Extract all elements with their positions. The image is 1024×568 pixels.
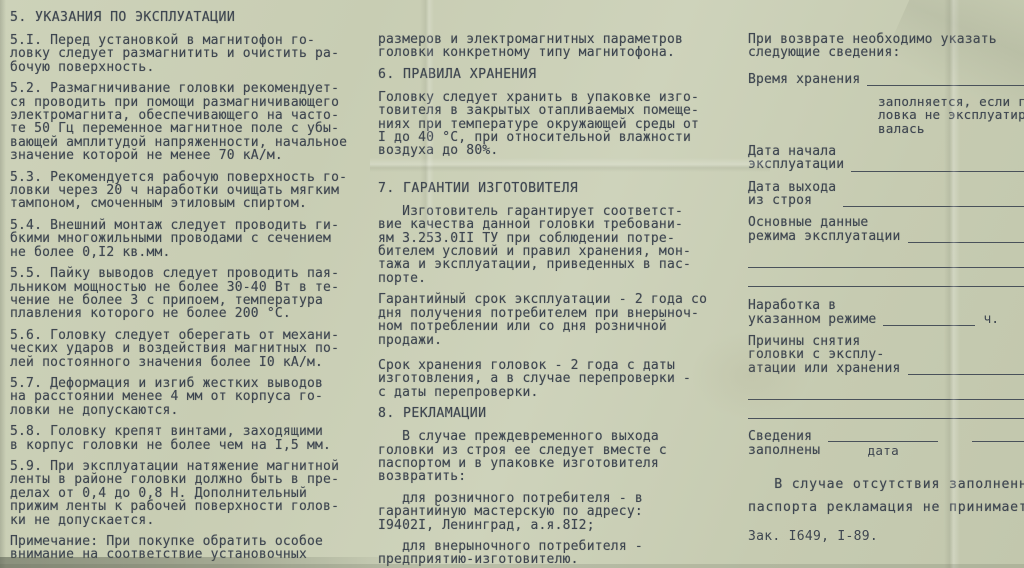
field-start-date: Дата начала эксплуатации [748, 145, 1024, 172]
field-operating-hours-unit: ч. [983, 313, 999, 326]
field-start-date-label: Дата начала эксплуатации [748, 145, 844, 172]
field-operation-mode: Основные данные режима эксплуатации [748, 216, 1024, 243]
fill-in-line [828, 429, 938, 442]
warranty-paragraph-1: Изготовитель гарантирует соответст- вие … [378, 205, 740, 285]
return-form-intro: При возврате необходимо указать следующи… [748, 33, 1024, 60]
section-5-heading: 5. УКАЗАНИЯ ПО ЭКСПЛУАТАЦИИ [10, 11, 372, 25]
field-filled-label: Сведения заполнены [748, 430, 820, 457]
scanned-passport-page: 5. УКАЗАНИЯ ПО ЭКСПЛУАТАЦИИ 5.I. Перед у… [0, 0, 1024, 568]
field-failure-date-label: Дата выхода из строя [748, 181, 836, 208]
no-claim-warning: В случае отсутствия заполненно паспорта … [748, 473, 1024, 519]
warranty-paragraph-2: Гарантийный срок эксплуатации - 2 года с… [378, 293, 740, 347]
column-storage-warranty-claims: размеров и электромагнитных параметров г… [378, 33, 740, 568]
field-filled-by: Сведения заполнены дата подпи [748, 429, 1024, 457]
print-order-footer: Зак. I649, I-89. [748, 529, 1024, 544]
signature-caption: подпи [972, 444, 1024, 457]
paragraph-5-4: 5.4. Внешний монтаж следует проводить ги… [10, 219, 372, 259]
fill-in-line [843, 194, 1024, 207]
storage-rules-paragraph: Головку следует хранить в упаковке изго-… [378, 91, 740, 158]
paragraph-5-3: 5.3. Рекомендуется рабочую поверхность г… [10, 171, 372, 211]
section-8-heading: 8. РЕКЛАМАЦИИ [378, 407, 740, 421]
paragraph-5-8: 5.8. Головку крепят винтами, заходящими … [10, 425, 372, 452]
fill-in-line [883, 313, 975, 326]
fill-in-line [748, 403, 1024, 419]
fill-in-line [748, 384, 1024, 400]
field-removal-reason-label: Причины снятия головки с эксплу- атации … [748, 335, 901, 375]
column-return-form: При возврате необходимо указать следующи… [748, 33, 1024, 544]
fill-in-line [748, 252, 1024, 268]
warranty-paragraph-3: Срок хранения головок - 2 года с даты из… [378, 359, 740, 399]
field-operating-hours: Наработка в указанном режиме ч. [748, 299, 1024, 326]
date-signature-slot: дата [828, 429, 938, 457]
paragraph-5-6: 5.6. Головку следует оберегать от механи… [10, 329, 372, 369]
section-7-heading: 7. ГАРАНТИИ ИЗГОТОВИТЕЛЯ [378, 182, 740, 196]
field-operating-hours-label: Наработка в указанном режиме [748, 299, 876, 326]
paragraph-5-2: 5.2. Размагничивание головки рекомендует… [10, 82, 372, 162]
paragraph-5-1: 5.I. Перед установкой в магнитофон го- л… [10, 34, 372, 74]
note-continuation: размеров и электромагнитных параметров г… [378, 33, 740, 60]
fill-in-line [908, 362, 1024, 375]
fill-in-line [851, 159, 1024, 172]
section-6-heading: 6. ПРАВИЛА ХРАНЕНИЯ [378, 68, 740, 82]
fill-in-line [748, 271, 1024, 287]
fill-in-line [972, 429, 1024, 442]
fill-in-line [908, 230, 1024, 243]
field-storage-time-note: заполняется, если г ловка не эксплуатир … [878, 95, 1024, 135]
field-storage-time: Время хранения [748, 73, 1024, 86]
field-removal-reason: Причины снятия головки с эксплу- атации … [748, 335, 1024, 375]
column-operating-instructions: 5. УКАЗАНИЯ ПО ЭКСПЛУАТАЦИИ 5.I. Перед у… [10, 11, 372, 568]
paper-shadow [0, 0, 6, 568]
claims-paragraph-3: для внерыночного потребителя - предприят… [378, 540, 740, 567]
paragraph-5-9: 5.9. При эксплуатации натяжение магнитно… [10, 460, 372, 527]
field-failure-date: Дата выхода из строя [748, 181, 1024, 208]
paragraph-5-7: 5.7. Деформация и изгиб жестких выводов … [10, 377, 372, 417]
field-operation-mode-label: Основные данные режима эксплуатации [748, 216, 901, 243]
claims-paragraph-2: для розничного потребителя - в гарантийн… [378, 492, 740, 532]
fill-in-line [867, 73, 1024, 86]
claims-paragraph-1: В случае преждевременного выхода головки… [378, 430, 740, 484]
signature-slot: подпи [972, 429, 1024, 457]
note-paragraph: Примечание: При покупке обратить особое … [10, 535, 372, 562]
field-storage-time-label: Время хранения [748, 73, 860, 86]
paragraph-5-5: 5.5. Пайку выводов следует проводить пая… [10, 267, 372, 321]
date-caption: дата [828, 444, 938, 457]
